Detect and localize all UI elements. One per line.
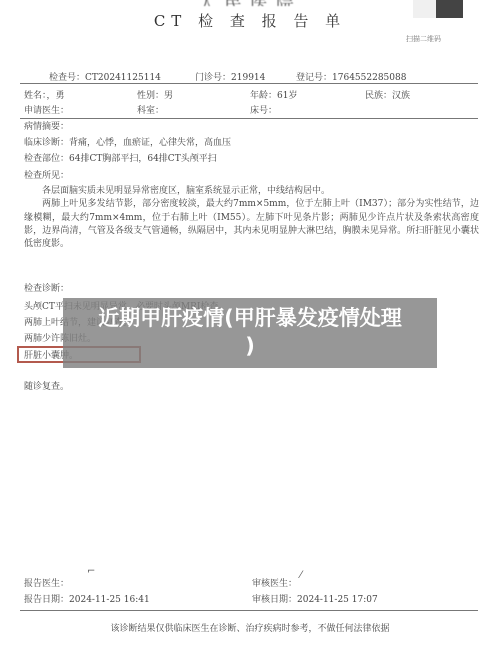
report-date-value: 2024-11-25 16:41 — [69, 595, 150, 605]
patient-ethnicity-value: 汉族 — [392, 91, 410, 101]
requesting-doctor: 申请医生： — [24, 103, 69, 116]
registration-number: 登记号：1764552285088 — [296, 70, 406, 83]
patient-sex: 性别：男 — [137, 88, 173, 101]
department: 科室： — [137, 103, 164, 116]
qr-label: 扫描二维码 — [406, 34, 441, 44]
patient-sex-label: 性别： — [137, 91, 164, 101]
divider-patient — [20, 118, 478, 119]
review-date-value: 2024-11-25 17:07 — [297, 595, 378, 605]
registration-number-label: 登记号： — [296, 73, 332, 83]
review-date: 审核日期：2024-11-25 17:07 — [252, 592, 378, 605]
patient-age: 年龄：61岁 — [250, 88, 297, 101]
exam-site-label: 检查部位： — [24, 154, 69, 164]
headline-overlay: 近期甲肝疫情(甲肝暴发疫情处理 ) — [63, 298, 437, 368]
exam-site: 检查部位：64排CT胸部平扫，64排CT头颅平扫 — [24, 153, 217, 166]
findings-heading: 检查所见： — [24, 170, 69, 183]
exam-number: 检查号：CT20241125114 — [49, 70, 161, 83]
report-doctor-signature: ⌐ — [87, 566, 95, 577]
findings-paragraph: 两肺上叶见多发结节影，部分密度较淡，最大约7mm×5mm，位于左肺上叶（IM37… — [24, 198, 479, 251]
clinical-diagnosis-value: 背痛，心悸，血瘀证，心律失常，高血压 — [69, 138, 231, 148]
followup-note: 随诊复查。 — [24, 381, 69, 394]
findings-paragraph: 各层面脑实质未见明显异常密度区，脑室系统显示正常，中线结构居中。 — [24, 185, 479, 198]
department-label: 科室： — [137, 106, 164, 116]
clinical-diagnosis-label: 临床诊断： — [24, 138, 69, 148]
disclaimer: 该诊断结果仅供临床医生在诊断、治疗疾病时参考，不做任何法律依据 — [0, 621, 500, 634]
qr-code-light-part — [413, 0, 436, 18]
review-doctor: 审核医生： — [252, 576, 297, 589]
report-date: 报告日期：2024-11-25 16:41 — [24, 592, 150, 605]
findings-body: 各层面脑实质未见明显异常密度区，脑室系统显示正常，中线结构居中。 两肺上叶见多发… — [24, 185, 479, 251]
patient-name-label: 姓名： — [24, 91, 47, 101]
summary-heading: 病情摘要： — [24, 121, 69, 134]
outpatient-number-label: 门诊号： — [195, 73, 231, 83]
qr-code-dark-part — [436, 0, 463, 18]
patient-ethnicity: 民族：汉族 — [365, 88, 410, 101]
outpatient-number-value: 219914 — [231, 73, 265, 83]
patient-name: 姓名：，勇 — [24, 88, 65, 101]
patient-age-label: 年龄： — [250, 91, 277, 101]
review-date-label: 审核日期： — [252, 595, 297, 605]
divider-footer — [20, 610, 478, 611]
diagnosis-heading: 检查诊断： — [24, 283, 69, 296]
bed-number: 床号： — [250, 103, 277, 116]
review-doctor-signature: ⁄ — [300, 570, 302, 581]
registration-number-value: 1764552285088 — [332, 73, 406, 83]
exam-number-label: 检查号： — [49, 73, 85, 83]
headline-line-2: ) — [63, 332, 437, 360]
requesting-doctor-label: 申请医生： — [24, 106, 69, 116]
patient-age-value: 61岁 — [277, 91, 297, 101]
qr-code-icon — [413, 0, 463, 18]
divider-top — [20, 83, 478, 84]
patient-name-value: ，勇 — [47, 91, 65, 101]
bed-number-label: 床号： — [250, 106, 277, 116]
exam-site-value: 64排CT胸部平扫，64排CT头颅平扫 — [69, 154, 217, 164]
hospital-name: 人民医院 — [170, 0, 330, 6]
headline-line-1: 近期甲肝疫情(甲肝暴发疫情处理 — [63, 304, 437, 332]
patient-sex-value: 男 — [164, 91, 173, 101]
report-doctor: 报告医生： — [24, 576, 69, 589]
patient-ethnicity-label: 民族： — [365, 91, 392, 101]
report-date-label: 报告日期： — [24, 595, 69, 605]
exam-number-value: CT20241125114 — [85, 73, 161, 83]
clinical-diagnosis: 临床诊断：背痛，心悸，血瘀证，心律失常，高血压 — [24, 137, 231, 150]
outpatient-number: 门诊号：219914 — [195, 70, 265, 83]
